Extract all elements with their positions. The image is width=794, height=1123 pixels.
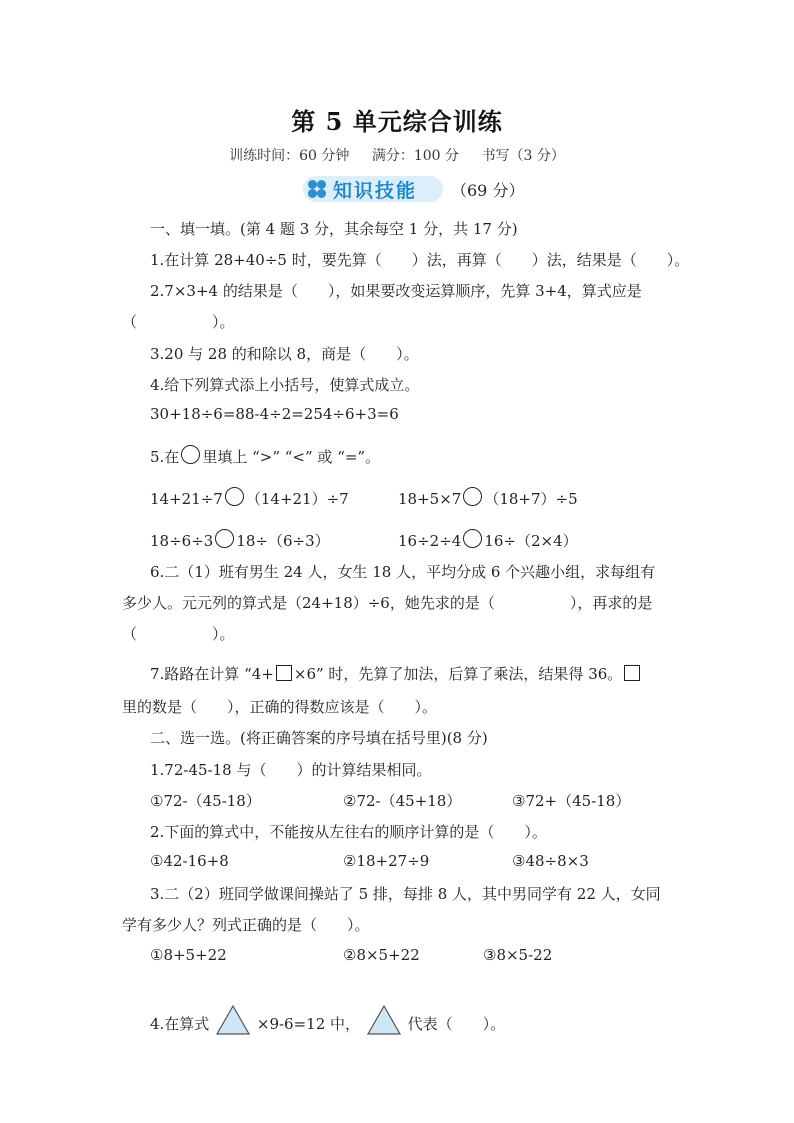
option: ①72-（45-18） (150, 790, 261, 811)
option: ②8×5+22 (343, 946, 420, 964)
writing-score: 书写（3 分） (481, 148, 564, 164)
question-1-1: 1.在计算 28+40÷5 时，要先算（ ）法，再算（ ）法，结果是（ ）。 (150, 249, 689, 270)
answer-circle[interactable] (463, 487, 482, 506)
clover-icon (307, 179, 327, 199)
compare-item: 14+21÷7（14+21）÷7 (150, 487, 349, 509)
question-1-4: 4.给下列算式添上小括号，使算式成立。 (150, 374, 419, 395)
compare-item: 18÷6÷318÷（6÷3） (150, 529, 330, 551)
full-score: 满分：100 分 (372, 148, 459, 164)
question-1-7-cont: 里的数是（ ），正确的得数应该是（ ）。 (122, 696, 437, 717)
exam-meta: 训练时间：60 分钟 满分：100 分 书写（3 分） (0, 145, 794, 165)
question-1-3: 3.20 与 28 的和除以 8，商是（ ）。 (150, 343, 419, 364)
time-limit: 训练时间：60 分钟 (229, 148, 349, 164)
question-2-2: 2.下面的算式中，不能按从左往右的顺序计算的是（ ）。 (150, 821, 547, 842)
question-1-7: 7.路路在计算 “4+×6” 时，先算了加法，后算了乘法，结果得 36。 (150, 663, 642, 684)
part1-heading: 一、填一填。(第 4 题 3 分，其余每空 1 分，共 17 分) (150, 218, 518, 239)
compare-item: 16÷2÷416÷（2×4） (398, 529, 578, 551)
option: ①42-16+8 (150, 852, 229, 870)
option: ③72+（45-18） (512, 790, 630, 811)
question-1-4-expr: 30+18÷6=88-4÷2=254÷6+3=6 (150, 405, 399, 423)
page-title: 第 5 单元综合训练 (0, 102, 794, 137)
question-1-6: 6.二（1）班有男生 24 人，女生 18 人，平均分成 6 个兴趣小组，求每组… (150, 561, 655, 582)
question-1-6-cont2: （ ）。 (122, 623, 235, 644)
question-2-4: 4.在算式 ×9-6=12 中， 代表（ ）。 (150, 1005, 505, 1035)
question-2-3-cont: 学有多少人？列式正确的是（ ）。 (122, 914, 370, 935)
question-2-1: 1.72-45-18 与（ ）的计算结果相同。 (150, 759, 431, 780)
option: ③48÷8×3 (512, 852, 589, 870)
section-banner: 知识技能 （69 分） (303, 176, 524, 202)
compare-item: 18+5×7（18+7）÷5 (398, 487, 578, 509)
section-score: （69 分） (451, 178, 524, 201)
answer-circle[interactable] (225, 487, 244, 506)
question-2-3: 3.二（2）班同学做课间操站了 5 排，每排 8 人，其中男同学有 22 人，女… (150, 883, 661, 904)
circle-icon (181, 445, 200, 464)
part2-heading: 二、选一选。(将正确答案的序号填在括号里)(8 分) (150, 727, 488, 748)
square-icon (276, 665, 292, 681)
option: ③8×5-22 (483, 946, 552, 964)
question-1-6-cont: 多少人。元元列的算式是（24+18）÷6，她先求的是（ ），再求的是 (122, 592, 652, 613)
triangle-icon (367, 1005, 401, 1035)
question-1-2-cont: （ ）。 (122, 311, 235, 332)
option: ②18+27÷9 (343, 852, 429, 870)
option: ①8+5+22 (150, 946, 227, 964)
question-1-2: 2.7×3+4 的结果是（ ），如果要改变运算顺序，先算 3+4，算式应是 (150, 280, 642, 301)
answer-circle[interactable] (215, 529, 234, 548)
option: ②72-（45+18） (343, 790, 461, 811)
triangle-icon (216, 1005, 250, 1035)
question-1-5: 5.在里填上 “>” “<” 或 “=”。 (150, 445, 380, 467)
square-icon (624, 665, 640, 681)
answer-circle[interactable] (463, 529, 482, 548)
section-label: 知识技能 (333, 176, 417, 203)
